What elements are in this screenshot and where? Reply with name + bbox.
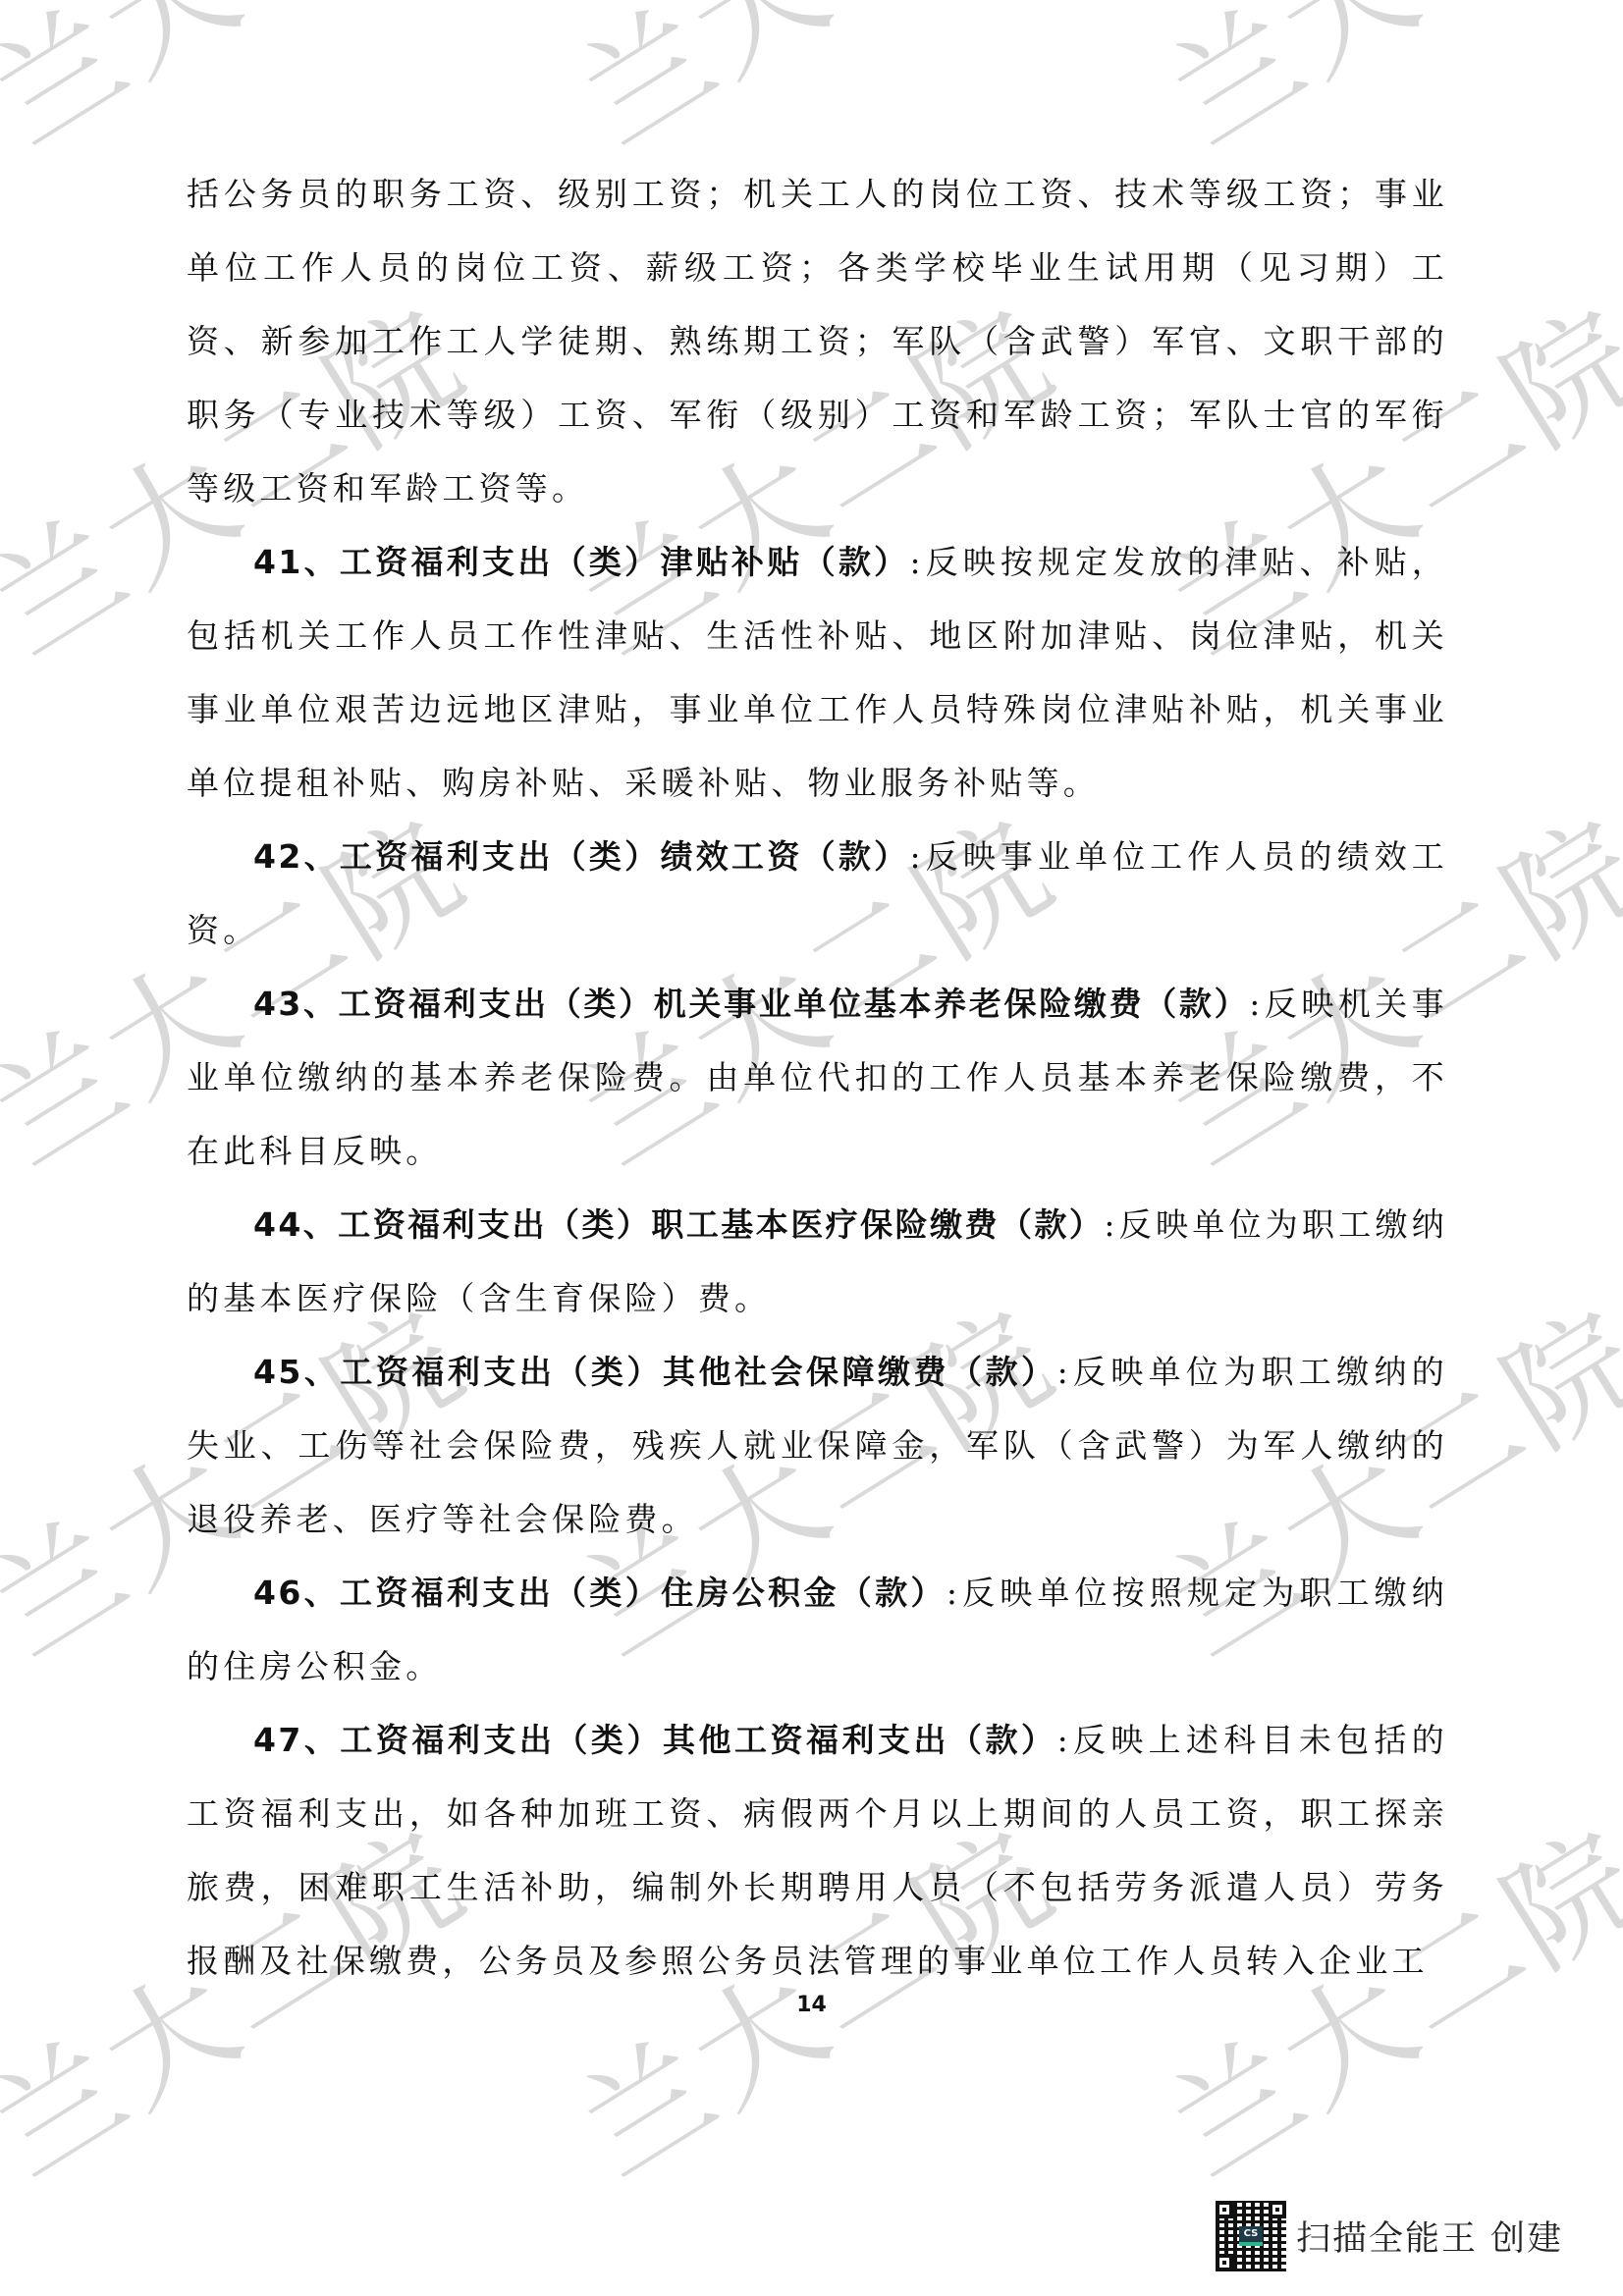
camscanner-logo-icon: CS bbox=[1239, 2226, 1263, 2246]
item-body: :反映上述科目未包括的工资福利支出，如各种加班工资、病假两个月以上期间的人员工资… bbox=[187, 1721, 1448, 1980]
item-heading: 42、工资福利支出（类）绩效工资（款） bbox=[253, 837, 909, 876]
item-heading: 46、工资福利支出（类）住房公积金（款） bbox=[253, 1574, 947, 1612]
page-number: 14 bbox=[0, 1993, 1623, 2017]
paragraph-continued: 括公务员的职务工资、级别工资；机关工人的岗位工资、技术等级工资；事业单位工作人员… bbox=[187, 157, 1448, 525]
item-heading: 41、工资福利支出（类）津贴补贴（款） bbox=[253, 543, 909, 581]
paragraph-item-43: 43、工资福利支出（类）机关事业单位基本养老保险缴费（款）:反映机关事业单位缴纳… bbox=[187, 967, 1448, 1188]
item-heading: 47、工资福利支出（类）其他工资福利支出（款） bbox=[253, 1721, 1057, 1759]
paragraph-item-46: 46、工资福利支出（类）住房公积金（款）:反映单位按照规定为职工缴纳的住房公积金… bbox=[187, 1556, 1448, 1703]
scanner-badge: CS 扫描全能王 创建 bbox=[1216, 2201, 1563, 2271]
watermark: 兰大二院 bbox=[0, 0, 486, 165]
item-heading: 43、工资福利支出（类）机关事业单位基本养老保险缴费（款） bbox=[253, 985, 1249, 1023]
paragraph-item-41: 41、工资福利支出（类）津贴补贴（款）:反映按规定发放的津贴、补贴，包括机关工作… bbox=[187, 525, 1448, 820]
paragraph-body: 括公务员的职务工资、级别工资；机关工人的岗位工资、技术等级工资；事业单位工作人员… bbox=[187, 175, 1448, 507]
paragraph-item-45: 45、工资福利支出（类）其他社会保障缴费（款）:反映单位为职工缴纳的失业、工伤等… bbox=[187, 1335, 1448, 1556]
paragraph-item-42: 42、工资福利支出（类）绩效工资（款）:反映事业单位工作人员的绩效工资。 bbox=[187, 820, 1448, 967]
scanner-badge-text: 扫描全能王 创建 bbox=[1296, 2212, 1563, 2261]
paragraph-item-47: 47、工资福利支出（类）其他工资福利支出（款）:反映上述科目未包括的工资福利支出… bbox=[187, 1703, 1448, 1998]
item-heading: 44、工资福利支出（类）职工基本医疗保险缴费（款） bbox=[253, 1205, 1104, 1244]
item-body: :反映按规定发放的津贴、补贴，包括机关工作人员工作性津贴、生活性补贴、地区附加津… bbox=[187, 543, 1448, 802]
item-heading: 45、工资福利支出（类）其他社会保障缴费（款） bbox=[253, 1353, 1057, 1391]
watermark: 兰大二院 bbox=[562, 0, 1074, 165]
paragraph-item-44: 44、工资福利支出（类）职工基本医疗保险缴费（款）:反映单位为职工缴纳的基本医疗… bbox=[187, 1188, 1448, 1335]
qr-code-icon: CS bbox=[1216, 2201, 1286, 2271]
watermark: 兰大二院 bbox=[1151, 0, 1623, 165]
document-body: 括公务员的职务工资、级别工资；机关工人的岗位工资、技术等级工资；事业单位工作人员… bbox=[187, 157, 1448, 1998]
